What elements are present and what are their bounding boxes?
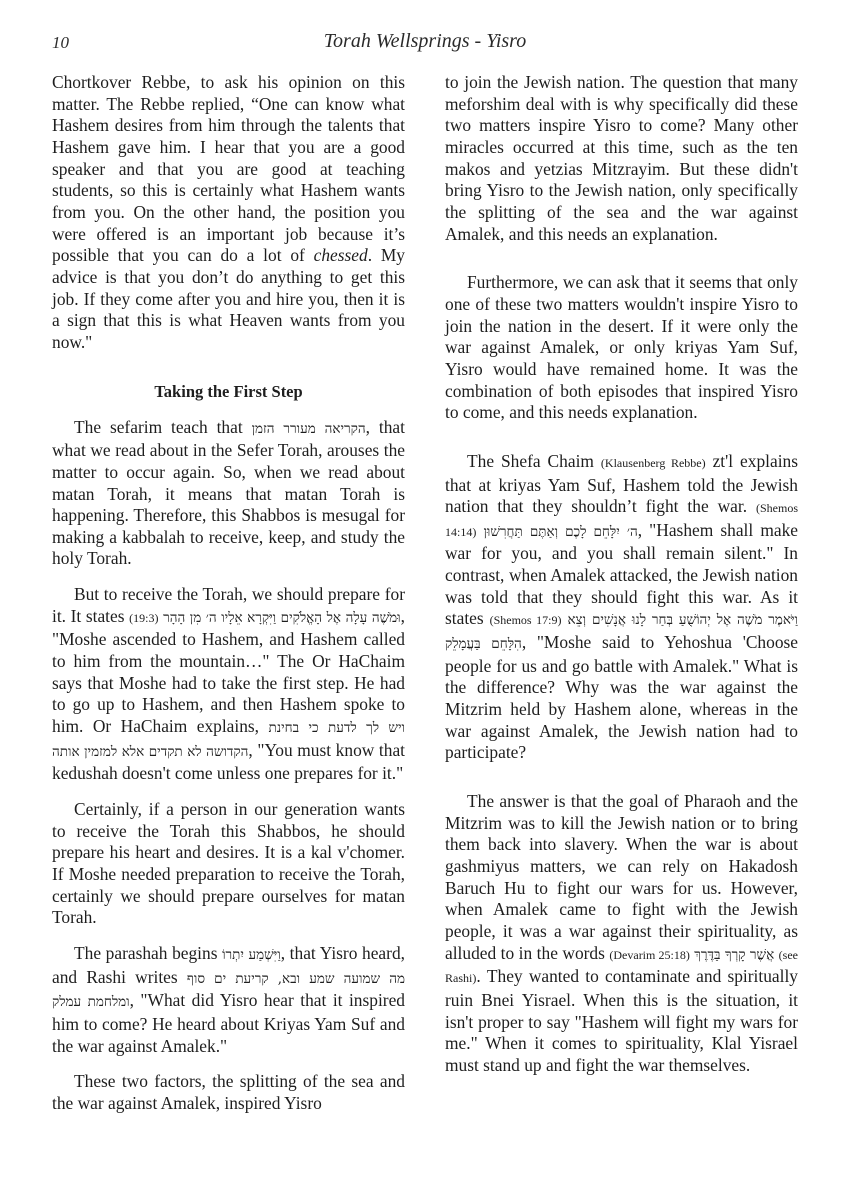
section-heading: Taking the First Step <box>52 381 405 403</box>
text: The sefarim teach that <box>74 417 252 437</box>
paragraph: The Shefa Chaim (Klausenberg Rebbe) zt'l… <box>445 451 798 764</box>
text: The Shefa Chaim <box>467 451 601 471</box>
text: Chortkover Rebbe, to ask his opinion on … <box>52 72 405 265</box>
hebrew-quote: וּמֹשֶׁה עָלָה אֶל הָאֱלֹקִים וַיִּקְרָא… <box>163 610 401 626</box>
paragraph: to join the Jewish nation. The question … <box>445 72 798 245</box>
text: The parashah begins <box>74 943 222 963</box>
paragraph: Chortkover Rebbe, to ask his opinion on … <box>52 72 405 354</box>
citation: (Shemos 17:9) <box>490 613 562 627</box>
paragraph: The parashah begins וַיִּשְׁמַע יִתְרוֹ,… <box>52 943 405 1057</box>
paragraph: But to receive the Torah, we should prep… <box>52 584 405 785</box>
text: . They wanted to contaminate and spiritu… <box>445 966 798 1075</box>
hebrew-quote: ה׳ יִלָּחֵם לָכֶם וְאַתֶּם תַּחֲרִשׁוּן <box>483 524 637 540</box>
paragraph: The sefarim teach that הקריאה מעורר הזמן… <box>52 417 405 571</box>
hebrew-quote: אֲשֶׁר קָרְךָ בַּדֶּרֶךְ <box>694 947 774 963</box>
paragraph: Certainly, if a person in our generation… <box>52 799 405 929</box>
running-title: Torah Wellsprings - Yisro <box>52 30 798 53</box>
page-header: 10 Torah Wellsprings - Yisro <box>52 28 798 58</box>
paragraph: These two factors, the splitting of the … <box>52 1071 405 1114</box>
emphasis-term: chessed <box>314 245 368 265</box>
hebrew-quote: וַיִּשְׁמַע יִתְרוֹ <box>222 947 281 963</box>
text: , that what we read about in the Sefer T… <box>52 417 405 569</box>
right-column: to join the Jewish nation. The question … <box>445 72 798 1077</box>
citation: (19:3) <box>129 611 158 625</box>
paragraph: The answer is that the goal of Pharaoh a… <box>445 791 798 1077</box>
text: The answer is that the goal of Pharaoh a… <box>445 791 798 963</box>
paragraph: Furthermore, we can ask that it seems th… <box>445 272 798 424</box>
citation: (Devarim 25:18) <box>609 948 689 962</box>
left-column: Chortkover Rebbe, to ask his opinion on … <box>52 72 405 1115</box>
citation: (Klausenberg Rebbe) <box>601 456 706 470</box>
hebrew-quote: הקריאה מעורר הזמן <box>252 421 366 437</box>
